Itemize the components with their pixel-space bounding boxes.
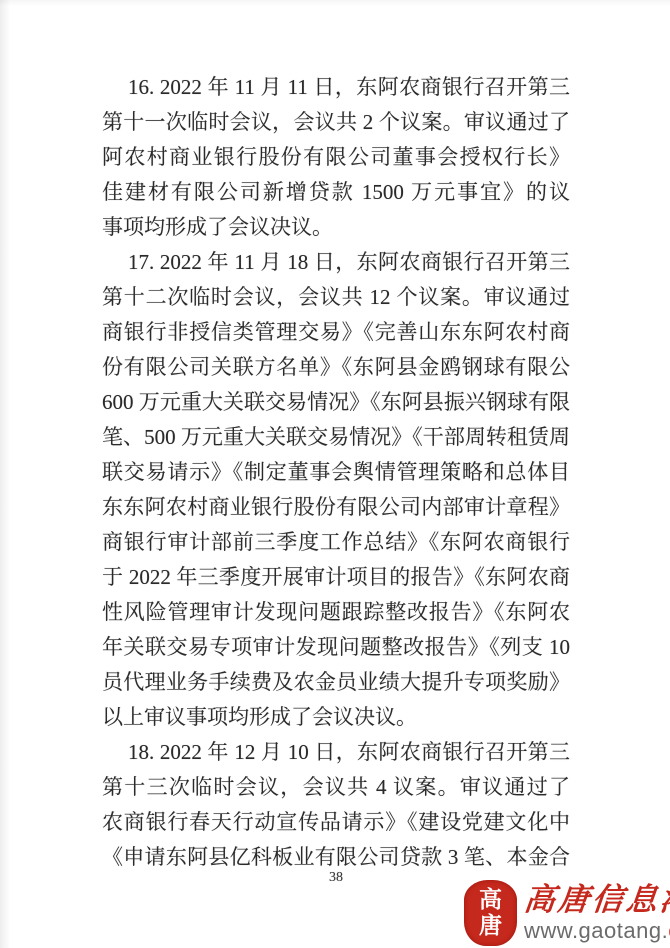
text-line: 第十一次临时会议，会议共 2 个议案。审议通过了《山东东	[102, 105, 570, 140]
document-page: 16. 2022 年 11 月 11 日，东阿农商银行召开第三届董事会第十一次临…	[0, 0, 670, 948]
site-name: 高唐信息港	[522, 882, 670, 918]
text-line: 阿农村商业银行股份有限公司董事会授权行长》《山东美宜	[102, 140, 570, 175]
text-line: 东东阿农村商业银行股份有限公司内部审计章程》《东阿农	[102, 490, 570, 525]
site-watermark: 高 唐 高唐信息港 www.gaotang.cc	[464, 880, 670, 946]
text-line: 联交易请示》《制定董事会舆情管理策略和总体目标》《山	[102, 455, 570, 490]
gaotang-seal-icon: 高 唐	[464, 880, 517, 946]
text-line: 笔、500 万元重大关联交易情况》《干部周转租赁周转房关	[102, 420, 570, 455]
text-line: 佳建材有限公司新增贷款 1500 万元事宜》的议案。以上审议	[102, 175, 570, 210]
text-line: 农商银行春天行动宣传品请示》《建设党建文化中心申请》	[102, 805, 570, 840]
text-line: 商银行非授信类管理交易》《完善山东东阿农村商业银行股	[102, 315, 570, 350]
text-line: 第十三次临时会议，会议共 4 议案。审议通过了《购置东阿	[102, 770, 570, 805]
text-line: 于 2022 年三季度开展审计项目的报告》《东阿农商银行流动	[102, 560, 570, 595]
watermark-text-block: 高唐信息港 www.gaotang.cc	[524, 880, 670, 943]
seal-char-bottom: 唐	[479, 913, 502, 939]
document-body: 16. 2022 年 11 月 11 日，东阿农商银行召开第三届董事会第十一次临…	[102, 70, 570, 875]
text-line: 16. 2022 年 11 月 11 日，东阿农商银行召开第三届董事会	[102, 70, 570, 105]
seal-char-top: 高	[479, 887, 502, 913]
text-line: 以上审议事项均形成了会议决议。	[102, 700, 570, 735]
text-line: 份有限公司关联方名单》《东阿县金鸥钢球有限公司 1 笔、	[102, 350, 570, 385]
text-line: 年关联交易专项审计发现问题整改报告》《列支 10 月份农金	[102, 630, 570, 665]
text-line: 600 万元重大关联交易情况》《东阿县振兴钢球有限公司 1	[102, 385, 570, 420]
text-line: 18. 2022 年 12 月 10 日，东阿农商银行召开第三届董事会	[102, 735, 570, 770]
text-line: 商银行审计部前三季度工作总结》《东阿农商银行审计部关	[102, 525, 570, 560]
site-url-domain: www.gaotang.	[524, 918, 668, 943]
text-line: 事项均形成了会议决议。	[102, 210, 570, 245]
site-url: www.gaotang.cc	[524, 919, 670, 943]
text-line: 员代理业务手续费及农金员业绩大提升专项奖励》的议案。	[102, 665, 570, 700]
text-line: 性风险管理审计发现问题跟踪整改报告》《东阿农商银行 2022	[102, 595, 570, 630]
text-line: 第十二次临时会议，会议共 12 个议案。审议通过了《东阿农	[102, 280, 570, 315]
text-line: 17. 2022 年 11 月 18 日，东阿农商银行召开第三届董事会	[102, 245, 570, 280]
